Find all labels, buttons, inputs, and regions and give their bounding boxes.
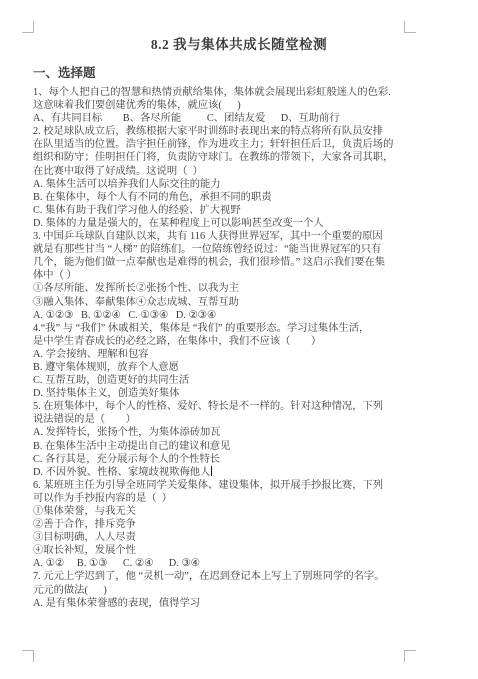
question-6-line: 6. 某班班主任为引导全班同学关爱集体、建设集体，拟开展手抄报比赛，下列 — [33, 479, 448, 492]
question-2-line: 在队里适当的位置。浩宇担任前锋，作为进攻主力；轩轩担任后卫，负责后场的 — [33, 138, 448, 151]
question-3-line: ③融入集体、奉献集体④众志成城、互帮互助 — [33, 296, 448, 309]
question-2-line: C. 集体有助于我们学习他人的经验、扩大视野 — [33, 204, 448, 217]
question-4-line: C. 互帮互助，创造更好的共同生活 — [33, 374, 448, 387]
question-3-line: ①各尽所能、发挥所长②张扬个性、以我为主 — [33, 282, 448, 295]
question-3-line: 3. 中国乒乓球队自建队以来，共有 116 人获得世界冠军，其中一个重要的原因 — [33, 230, 448, 243]
text-cursor — [211, 466, 212, 476]
question-6-line: ②善于合作，排斥竞争 — [33, 518, 448, 531]
question-2-line: D. 集体的力量是强大的，在某种程度上可以影响甚至改变一个人 — [33, 217, 448, 230]
question-3-line: 体中（ ） — [33, 269, 448, 282]
question-4-line: A. 学会接纳、理解和包容 — [33, 348, 448, 361]
question-2-line: A. 集体生活可以培养我们人际交往的能力 — [33, 178, 448, 191]
question-5-line: A. 发挥特长，张扬个性，为集体添砖加瓦 — [33, 426, 448, 439]
document-page: 8.2 我与集体共成长随堂检测 一、选择题 1、每个人把自己的智慧和热情贡献给集… — [0, 0, 478, 679]
question-7-line: 元元的做法( ) — [33, 584, 448, 597]
question-5-line: 5. 在班集体中，每个人的性格、爱好、特长是不一样的。针对这种情况，下列 — [33, 400, 448, 413]
text-boundary-mark-top-left — [22, 21, 34, 33]
question-6-line: ③目标明确，人人尽责 — [33, 531, 448, 544]
question-4-line: B. 遵守集体规则，放弃个人意愿 — [33, 361, 448, 374]
question-2-line: B. 在集体中，每个人有不同的角色，承担不同的职责 — [33, 191, 448, 204]
question-7-line: A. 是有集体荣誉感的表现，值得学习 — [33, 597, 448, 610]
question-3-line: 几个，能为他们做一点奉献也是难得的机会，我们很珍惜。” 这启示我们要在集 — [33, 256, 448, 269]
question-4-line: 是中学生青春成长的必经之路，在集体中，我们不应该（ ） — [33, 335, 448, 348]
text-boundary-mark-bottom-left — [22, 650, 34, 662]
document-body[interactable]: 1、每个人把自己的智慧和热情贡献给集体，集体就会展现出彩虹般迷人的色彩.这意味着… — [0, 86, 478, 610]
question-2-line: 2. 校足球队成立后，教练根据大家平时训练时表现出来的特点将所有队员安排 — [33, 125, 448, 138]
question-1-line: 这意味着我们要创建优秀的集体，就应该( ) — [33, 99, 448, 112]
question-6-line: 可以作为手抄报内容的是（ ） — [33, 492, 448, 505]
section-heading: 一、选择题 — [0, 65, 478, 82]
question-6-line: ①集体荣誉，与我无关 — [33, 505, 448, 518]
question-5-line: B. 在集体生活中主动提出自己的建议和意见 — [33, 440, 448, 453]
text-boundary-mark-bottom-right — [404, 650, 416, 662]
question-4-line: 4.“我” 与 “我们” 休戚相关，集体是 “我们” 的重要形态。学习过集体生活… — [33, 322, 448, 335]
question-3-line: 就是有那些甘当 “人梯” 的陪练们。一位陪练曾经说过：“能当世界冠军的只有 — [33, 243, 448, 256]
question-3-line: A. ①②③ B. ①②④ C. ①③④ D. ②③④ — [33, 309, 448, 322]
text-boundary-mark-top-right — [404, 21, 416, 33]
question-5-line: 说法错误的是（ ） — [33, 413, 448, 426]
question-1-line: 1、每个人把自己的智慧和热情贡献给集体，集体就会展现出彩虹般迷人的色彩. — [33, 86, 448, 99]
question-6-line: ④取长补短，发展个性 — [33, 544, 448, 557]
question-2-line: 在比赛中取得了好成绩。这说明（ ） — [33, 165, 448, 178]
question-5-line: D. 不因外貌、性格、家境歧视欺侮他人 — [33, 466, 448, 479]
question-2-line: 组织和防守；佳明担任门将，负责防守球门。在教练的带领下，大家各司其职， — [33, 151, 448, 164]
question-5-line: C. 各行其是，充分展示每个人的个性特长 — [33, 453, 448, 466]
question-6-line: A. ①② B. ①③ C. ②④ D. ③④ — [33, 557, 448, 570]
question-4-line: D. 坚持集体主义，创造美好集体 — [33, 387, 448, 400]
question-7-line: 7. 元元上学迟到了，他 “灵机一动”，在迟到登记本上写上了别班同学的名字。 — [33, 570, 448, 583]
question-1-line: A、有共同目标 B、各尽所能 C、团结友爱 D、互助前行 — [33, 112, 448, 125]
